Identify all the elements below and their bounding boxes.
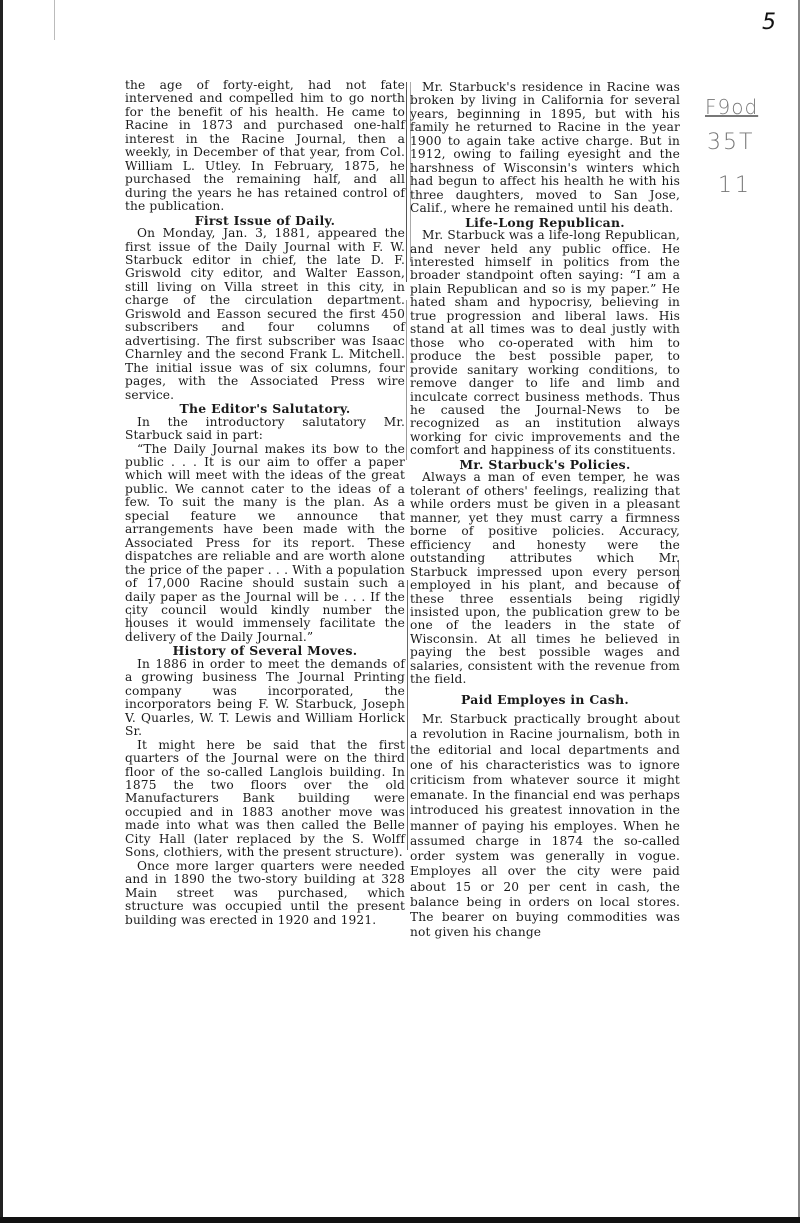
paragraph: In 1886 in order to meet the demands of …: [125, 658, 405, 739]
paragraph: On Monday, Jan. 3, 1881, appeared the fi…: [125, 227, 405, 402]
subheading-several-moves: History of Several Moves.: [125, 644, 405, 658]
subheading-life-long-republican: Life-Long Republican.: [410, 216, 680, 230]
scan-edge-left: [0, 0, 3, 1223]
scan-edge-bottom: [0, 1217, 800, 1223]
paragraph: Once more larger quarters were needed an…: [125, 860, 405, 927]
article-column-left: the age of forty-eight, had not fate int…: [125, 79, 405, 927]
paragraph: In the introductory salutatory Mr. Starb…: [125, 416, 405, 443]
subheading-policies: Mr. Starbuck's Policies.: [410, 458, 680, 472]
paragraph: It might here be said that the first qua…: [125, 739, 405, 860]
handwritten-reference: 35T: [707, 130, 754, 155]
subheading-editors-salutatory: The Editor's Salutatory.: [125, 402, 405, 416]
quoted-paragraph: “The Daily Journal makes its bow to the …: [125, 443, 405, 645]
column-divider: [406, 300, 407, 460]
paragraph: Mr. Starbuck was a life-long Republican,…: [410, 229, 680, 458]
handwritten-mark: 11: [718, 173, 752, 198]
column-divider: [407, 580, 408, 850]
subheading-paid-employes: Paid Employes in Cash.: [410, 693, 680, 707]
paragraph: the age of forty-eight, had not fate int…: [125, 79, 405, 214]
handwritten-code: F9od: [705, 95, 758, 119]
paragraph: Mr. Starbuck's residence in Racine was b…: [410, 81, 680, 216]
column-divider: [406, 82, 407, 282]
paragraph: Always a man of even temper, he was tole…: [410, 471, 680, 686]
paragraph: Mr. Starbuck practically brought about a…: [410, 712, 680, 940]
handwritten-page-number: 5: [762, 10, 776, 35]
clipping-edge-mark: [54, 0, 55, 40]
article-column-right: Mr. Starbuck's residence in Racine was b…: [410, 81, 680, 940]
subheading-first-issue: First Issue of Daily.: [125, 214, 405, 228]
